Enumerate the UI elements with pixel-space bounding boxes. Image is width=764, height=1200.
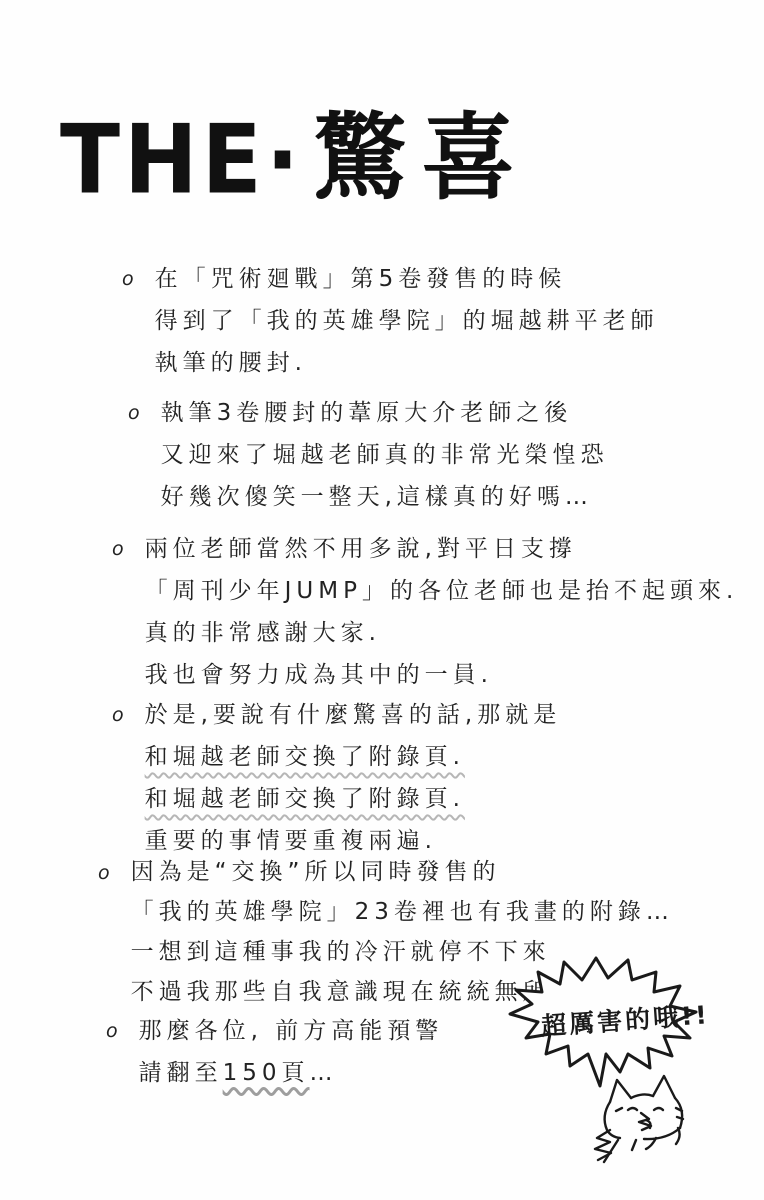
text-line: 兩位老師當然不用多說,對平日支撐 — [145, 528, 739, 570]
bullet-marker: o — [98, 852, 115, 894]
text-line: 那麼各位, 前方高能預警 — [139, 1010, 444, 1052]
paragraph-3-lines: 兩位老師當然不用多說,對平日支撐 「周刊少年JUMP」的各位老師也是抬不起頭來.… — [145, 528, 739, 696]
speech-bubble-and-cat-graphic — [498, 950, 738, 1200]
text-segment: … — [310, 1060, 338, 1086]
title-latin: THE· — [60, 112, 303, 207]
text-line: 於是,要說有什麼驚喜的話,那就是 — [145, 694, 562, 736]
page-title: THE·驚喜 — [60, 112, 529, 206]
text-line: 又迎來了堀越老師真的非常光榮惶恐 — [161, 434, 609, 476]
text-line: 好幾次傻笑一整天,這樣真的好嗎… — [161, 476, 609, 518]
bullet-marker: o — [122, 258, 139, 300]
paragraph-6: o 那麼各位, 前方高能預警 請翻至150頁… — [106, 1010, 443, 1094]
paragraph-4: o 於是,要說有什麼驚喜的話,那就是 和堀越老師交換了附錄頁. 和堀越老師交換了… — [112, 694, 561, 862]
text-segment: 請翻至 — [139, 1060, 223, 1086]
paragraph-4-lines: 於是,要說有什麼驚喜的話,那就是 和堀越老師交換了附錄頁. 和堀越老師交換了附錄… — [145, 694, 562, 862]
text-line: 「周刊少年JUMP」的各位老師也是抬不起頭來. — [145, 570, 739, 612]
paragraph-1-lines: 在「咒術廻戰」第5卷發售的時候 得到了「我的英雄學院」的堀越耕平老師 執筆的腰封… — [155, 258, 659, 384]
title-cjk: 驚喜 — [313, 112, 529, 206]
text-line: 「我的英雄學院」23卷裡也有我畫的附錄… — [131, 892, 674, 932]
paragraph-2: o 執筆3卷腰封的葦原大介老師之後 又迎來了堀越老師真的非常光榮惶恐 好幾次傻笑… — [128, 392, 609, 518]
text-line-underlined: 和堀越老師交換了附錄頁. — [145, 778, 562, 820]
bullet-marker: o — [128, 392, 145, 434]
text-line: 因為是“交換”所以同時發售的 — [131, 852, 674, 892]
page-number-reference: 150頁 — [223, 1060, 310, 1086]
bullet-marker: o — [112, 528, 129, 570]
text-line: 真的非常感謝大家. — [145, 612, 739, 654]
paragraph-1: o 在「咒術廻戰」第5卷發售的時候 得到了「我的英雄學院」的堀越耕平老師 執筆的… — [122, 258, 659, 384]
paragraph-3: o 兩位老師當然不用多說,對平日支撐 「周刊少年JUMP」的各位老師也是抬不起頭… — [112, 528, 738, 696]
text-line: 在「咒術廻戰」第5卷發售的時候 — [155, 258, 659, 300]
text-line: 執筆3卷腰封的葦原大介老師之後 — [161, 392, 609, 434]
bullet-marker: o — [112, 694, 129, 736]
cat-doodle-icon — [595, 1076, 683, 1162]
text-line: 得到了「我的英雄學院」的堀越耕平老師 — [155, 300, 659, 342]
text-line-underlined: 和堀越老師交換了附錄頁. — [145, 736, 562, 778]
bullet-marker: o — [106, 1010, 123, 1052]
text-line-with-page-ref: 請翻至150頁… — [139, 1052, 444, 1094]
paragraph-2-lines: 執筆3卷腰封的葦原大介老師之後 又迎來了堀越老師真的非常光榮惶恐 好幾次傻笑一整… — [161, 392, 609, 518]
book-page: THE·驚喜 o 在「咒術廻戰」第5卷發售的時候 得到了「我的英雄學院」的堀越耕… — [0, 0, 764, 1200]
text-line: 執筆的腰封. — [155, 342, 659, 384]
text-line: 我也會努力成為其中的一員. — [145, 654, 739, 696]
paragraph-6-lines: 那麼各位, 前方高能預警 請翻至150頁… — [139, 1010, 444, 1094]
